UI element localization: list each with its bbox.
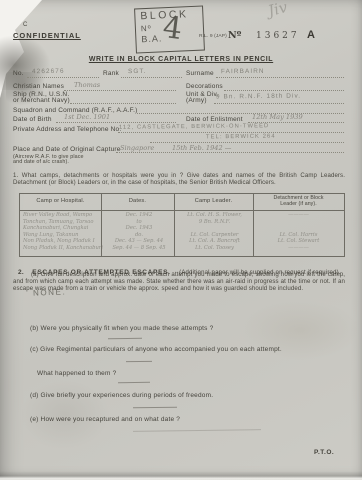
table-cell: Nong Pladuk II, Kanchanaburi: [23, 245, 100, 252]
serial-no-symbol: Nº: [228, 30, 241, 41]
no-field-line: [27, 77, 99, 78]
capture-place-value: Singapore: [120, 144, 154, 152]
question-2d-text: (d) Give briefly your experiences during…: [30, 392, 213, 399]
rank-field-line: [121, 77, 182, 78]
unit-div-field-line: [214, 103, 344, 104]
christian-names-label: Christian Names: [13, 83, 64, 90]
rank-label: Rank: [103, 70, 119, 77]
question-2c2-text: What happened to them ?: [37, 370, 116, 377]
question-2c-text: (c) Give Regimental particulars of anyon…: [30, 346, 282, 353]
c-mark: C: [23, 22, 27, 28]
answer-dash: [133, 407, 177, 409]
answer-dash: [108, 338, 142, 339]
christian-names-line: [64, 90, 176, 91]
surname-field-line: [216, 77, 344, 78]
ship-label-line2: or Merchant Navy): [13, 97, 70, 104]
no-label: No.: [13, 70, 24, 77]
table-cell: Dec. 43 — Sep. 44: [106, 238, 172, 245]
answer-dash: [126, 361, 152, 362]
capture-field-line: [116, 152, 344, 153]
pto-label: P.T.O.: [314, 449, 334, 456]
address-value-line2: TEL: BERWICK 264: [206, 134, 276, 141]
squadron-field-line: [137, 113, 344, 114]
date-of-birth-line: [56, 122, 176, 123]
confidential-stamp: CONFIDENTIAL: [13, 31, 81, 40]
form-heading: WRITE IN BLOCK CAPITAL LETTERS IN PENCIL: [89, 56, 273, 63]
table-cell: Lt. Col. Toosey: [178, 245, 251, 252]
table-cell: River Valley Road, Wampo: [23, 212, 100, 219]
paper-stain: [20, 380, 110, 450]
enlistment-label: Date of Enlistment: [186, 116, 243, 123]
no-value: 4262676: [32, 68, 65, 75]
table-cell: ————: [257, 245, 340, 252]
surname-value: FAIRBAIRN: [221, 68, 265, 75]
decorations-label: Decorations: [186, 83, 223, 90]
address-label: Private Address and Telephone No.: [13, 126, 121, 133]
table-camp-entries: River Valley Road, Wampo Tonchan, Tamuan…: [23, 212, 100, 251]
date-of-birth-value: 1st Dec. 1901: [64, 113, 110, 121]
address-line2: [150, 142, 344, 143]
decorations-line: [224, 90, 344, 91]
address-line1: [118, 132, 344, 133]
table-detachment-entries: ———— Lt. Col. Harris Lt. Col. Stewart ——…: [257, 212, 340, 251]
table-cell: Lt. Col. H. S. Flower,: [178, 212, 251, 219]
rank-value: SGT.: [128, 68, 147, 75]
question-1-text: 1. What camps, detachments or hospitals …: [13, 172, 345, 186]
capture-date-value: 15th Feb. 1942 —: [172, 144, 231, 152]
question-2b-text: (b) Were you physically fit when you mad…: [30, 325, 213, 332]
capture-note-line2: and date of a/c crash).: [13, 159, 69, 165]
table-header-detachment-line2: Leader (if any).: [253, 202, 344, 208]
table-cell: Sep. 44 — 8 Sep. 45: [106, 245, 172, 252]
unit-div-value: 9 Bn. R.N.F. 18th Div.: [216, 93, 301, 101]
question-2a-answer: NONE.: [33, 287, 67, 297]
answer-dash: [118, 382, 150, 383]
surname-label: Surname: [186, 70, 214, 77]
scanned-document: C CONFIDENTIAL BLOCK Nº B.A. 4 R.L. 9 (J…: [0, 0, 362, 480]
table-header-leader: Camp Leader.: [174, 198, 253, 204]
series-letter: A: [307, 29, 315, 41]
address-value-line1: 112, CASTLEGATE, BERWICK-ON-TWEED: [119, 123, 269, 131]
paper-sheet: C CONFIDENTIAL BLOCK Nº B.A. 4 R.L. 9 (J…: [0, 0, 362, 480]
question-2e-text: (e) How were you recaptured and on what …: [30, 416, 180, 423]
camps-table: Camp or Hospital. Dates. Camp Leader. De…: [19, 193, 345, 257]
form-reference: R.L. 9 (JAP): [199, 34, 227, 39]
table-dates-entries: Dec. 1942 to Dec. 1943 do. Dec. 43 — Sep…: [106, 212, 172, 251]
unit-div-label-line2: (Army): [186, 97, 207, 104]
table-leader-entries: Lt. Col. H. S. Flower, 9 Bn. R.N.F. Lt. …: [178, 212, 251, 251]
table-header-camp: Camp or Hospital.: [20, 198, 101, 204]
table-cell: Non Pladuk, Nong Pladuk I: [23, 238, 100, 245]
serial-number: 13627: [256, 31, 300, 41]
answer-dash: [133, 429, 261, 432]
enlistment-value: 12th May 1939: [252, 113, 303, 121]
table-header-dates: Dates.: [101, 198, 174, 204]
ship-field-line: [70, 103, 176, 104]
table-header-divider: [20, 210, 344, 211]
date-of-birth-label: Date of Birth: [13, 116, 52, 123]
pencil-scribble: Jiv: [266, 0, 289, 20]
christian-names-value: Thomas: [74, 81, 100, 89]
capture-label: Place and Date of Original Capture: [13, 146, 121, 153]
